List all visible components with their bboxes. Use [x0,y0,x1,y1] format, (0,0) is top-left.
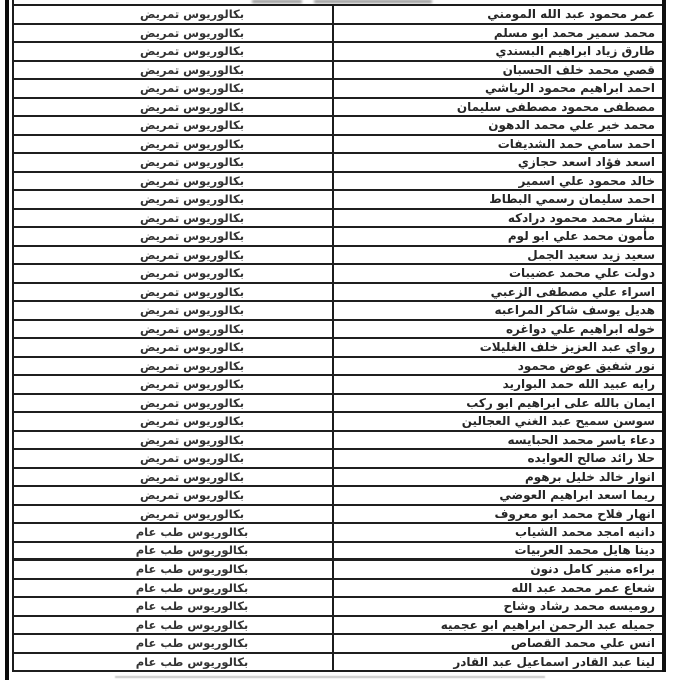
table-row: بكالوريوس طب عام لينا عبد القادر اسماعيل… [14,654,662,673]
applicant-name-text: قصي محمد خلف الحسبان [503,63,655,77]
table-row: بكالوريوس تمريض دعاء ياسر محمد الحبايسه [14,432,662,451]
table-row: بكالوريوس تمريض دولت علي محمد عضيبات [14,265,662,284]
qualification-cell: بكالوريوس تمريض [14,413,332,430]
qualification-cell: بكالوريوس تمريض [14,376,332,393]
name-cell: ايمان بالله على ابراهيم ابو ركب [332,395,662,412]
name-cell: دعاء ياسر محمد الحبايسه [332,432,662,449]
qualification-text: بكالوريوس تمريض [140,470,244,484]
qualification-cell: بكالوريوس تمريض [14,173,332,190]
name-cell: روميسه محمد رشاد وشاح [332,598,662,615]
name-cell: مأمون محمد علي ابو لوم [332,228,662,245]
table-row: بكالوريوس تمريض بشار محمد محمود درادكه [14,210,662,229]
name-cell: احمد سامي حمد الشديفات [332,136,662,153]
name-cell: هديل يوسف شاكر المراعبه [332,302,662,319]
qualification-cell: بكالوريوس تمريض [14,43,332,60]
name-cell: ريما اسعد ابراهيم العوضي [332,487,662,504]
applicant-name-text: نور شفيق عوض محمود [518,359,655,373]
table-row: بكالوريوس تمريض خوله ابراهيم علي دواغره [14,321,662,340]
name-cell: احمد سليمان رسمي البطاط [332,191,662,208]
applicant-name-text: احمد ابراهيم محمود الرياشي [485,81,655,95]
applicant-name-text: انس علي محمد القصاص [511,636,655,650]
name-cell: دولت علي محمد عضيبات [332,265,662,282]
qualification-cell: بكالوريوس تمريض [14,358,332,375]
table-body: بكالوريوس تمريض عمر محمود عبد الله الموم… [14,6,662,672]
applicant-name-text: براءه منير كامل دنون [530,562,655,576]
applicant-name-text: ايمان بالله على ابراهيم ابو ركب [466,396,655,410]
qualification-cell: بكالوريوس تمريض [14,432,332,449]
qualification-text: بكالوريوس تمريض [140,322,244,336]
applicant-name-text: رواي عبد العزيز خلف الغليلات [480,340,655,354]
qualification-text: بكالوريوس طب عام [136,562,248,576]
table-row: بكالوريوس تمريض عمر محمود عبد الله الموم… [14,6,662,25]
qualification-cell: بكالوريوس تمريض [14,117,332,134]
qualification-cell: بكالوريوس تمريض [14,80,332,97]
qualification-text: بكالوريوس تمريض [140,377,244,391]
qualification-cell: بكالوريوس تمريض [14,395,332,412]
qualification-cell: بكالوريوس تمريض [14,469,332,486]
table-row: بكالوريوس تمريض سوسن سميح عبد الغني العج… [14,413,662,432]
name-cell: مصطفى محمود مصطفى سليمان [332,99,662,116]
name-cell: دينا هايل محمد العربيات [332,543,662,559]
table-row: بكالوريوس تمريض هديل يوسف شاكر المراعبه [14,302,662,321]
name-cell: لينا عبد القادر اسماعيل عبد القادر [332,654,662,671]
table-row: بكالوريوس تمريض رايه عبيد الله حمد البوا… [14,376,662,395]
qualification-cell: بكالوريوس طب عام [14,635,332,652]
qualification-cell: بكالوريوس تمريض [14,506,332,523]
qualification-cell: بكالوريوس تمريض [14,228,332,245]
qualification-text: بكالوريوس تمريض [140,81,244,95]
table-row: بكالوريوس تمريض انهار فلاح محمد ابو معرو… [14,506,662,525]
table-row: بكالوريوس طب عام انس علي محمد القصاص [14,635,662,654]
qualification-text: بكالوريوس تمريض [140,100,244,114]
qualification-text: بكالوريوس تمريض [140,396,244,410]
qualification-cell: بكالوريوس تمريض [14,450,332,467]
table-row: بكالوريوس طب عام دينا هايل محمد العربيات [14,543,662,562]
applicant-name-text: اسعد فؤاد اسعد حجازي [518,155,655,169]
applicant-name-text: بشار محمد محمود درادكه [508,211,655,225]
name-cell: محمد سمير محمد ابو مسلم [332,25,662,42]
table-row: بكالوريوس تمريض احمد سليمان رسمي البطاط [14,191,662,210]
qualification-cell: بكالوريوس طب عام [14,543,332,559]
table-row: بكالوريوس تمريض قصي محمد خلف الحسبان [14,62,662,81]
table-row: بكالوريوس تمريض محمد خير علي محمد الدهون [14,117,662,136]
table-row: بكالوريوس تمريض اسراء علي مصطفى الزعبي [14,284,662,303]
name-cell: سعيد زيد سعيد الجمل [332,247,662,264]
applicant-name-text: عمر محمود عبد الله المومني [487,7,655,21]
name-cell: رواي عبد العزيز خلف الغليلات [332,339,662,356]
qualification-cell: بكالوريوس تمريض [14,6,332,23]
table-row: بكالوريوس تمريض مصطفى محمود مصطفى سليمان [14,99,662,118]
qualification-cell: بكالوريوس طب عام [14,524,332,541]
qualification-text: بكالوريوس تمريض [140,192,244,206]
qualification-text: بكالوريوس طب عام [136,543,248,557]
name-cell: خالد محمود علي اسمير [332,173,662,190]
name-cell: انوار خالد خليل برهوم [332,469,662,486]
qualification-text: بكالوريوس طب عام [136,525,248,539]
table-row: بكالوريوس تمريض مأمون محمد علي ابو لوم [14,228,662,247]
qualification-text: بكالوريوس تمريض [140,248,244,262]
qualification-text: بكالوريوس تمريض [140,118,244,132]
name-cell: خوله ابراهيم علي دواغره [332,321,662,338]
name-cell: بشار محمد محمود درادكه [332,210,662,227]
table-row: بكالوريوس تمريض نور شفيق عوض محمود [14,358,662,377]
name-cell: دانيه امجد محمد الشياب [332,524,662,541]
name-cell: انس علي محمد القصاص [332,635,662,652]
applicant-name-text: لينا عبد القادر اسماعيل عبد القادر [453,655,655,669]
qualification-cell: بكالوريوس تمريض [14,136,332,153]
applicant-name-text: احمد سامي حمد الشديفات [498,137,655,151]
applicant-name-text: مصطفى محمود مصطفى سليمان [457,100,655,114]
qualification-cell: بكالوريوس تمريض [14,302,332,319]
applicant-name-text: دولت علي محمد عضيبات [509,266,655,280]
qualification-text: بكالوريوس تمريض [140,359,244,373]
table-row: بكالوريوس تمريض حلا رائد صالح العوايده [14,450,662,469]
applicant-name-text: مأمون محمد علي ابو لوم [508,229,655,243]
qualification-cell: بكالوريوس تمريض [14,191,332,208]
name-cell: عمر محمود عبد الله المومني [332,6,662,23]
qualification-text: بكالوريوس تمريض [140,137,244,151]
qualification-text: بكالوريوس تمريض [140,63,244,77]
table-row: بكالوريوس تمريض سعيد زيد سعيد الجمل [14,247,662,266]
qualification-cell: بكالوريوس طب عام [14,598,332,615]
qualification-cell: بكالوريوس تمريض [14,487,332,504]
table-row: بكالوريوس تمريض محمد سمير محمد ابو مسلم [14,25,662,44]
qualification-cell: بكالوريوس تمريض [14,321,332,338]
applicant-name-text: ريما اسعد ابراهيم العوضي [499,488,655,502]
name-cell: براءه منير كامل دنون [332,561,662,578]
table-row: بكالوريوس تمريض اسعد فؤاد اسعد حجازي [14,154,662,173]
applicant-name-text: سعيد زيد سعيد الجمل [527,248,655,262]
name-cell: نور شفيق عوض محمود [332,358,662,375]
qualification-text: بكالوريوس تمريض [140,211,244,225]
applicant-name-text: انهار فلاح محمد ابو معروف [494,507,655,521]
applicant-name-text: احمد سليمان رسمي البطاط [489,192,655,206]
qualification-text: بكالوريوس تمريض [140,44,244,58]
qualification-text: بكالوريوس تمريض [140,285,244,299]
qualification-cell: بكالوريوس تمريض [14,25,332,42]
name-cell: اسراء علي مصطفى الزعبي [332,284,662,301]
qualification-text: بكالوريوس تمريض [140,266,244,280]
cropped-text-fragment [252,0,302,3]
applicant-name-text: انوار خالد خليل برهوم [525,470,655,484]
applicant-name-text: دينا هايل محمد العربيات [514,543,655,557]
qualification-cell: بكالوريوس تمريض [14,99,332,116]
qualification-text: بكالوريوس تمريض [140,229,244,243]
cropped-bottom-row-edge [115,676,545,678]
name-cell: محمد خير علي محمد الدهون [332,117,662,134]
qualification-text: بكالوريوس طب عام [136,655,248,669]
name-cell: انهار فلاح محمد ابو معروف [332,506,662,523]
document-page: بكالوريوس تمريض عمر محمود عبد الله الموم… [0,0,674,680]
qualification-text: بكالوريوس تمريض [140,174,244,188]
table-row: بكالوريوس طب عام شعاع عمر محمد عبد الله [14,580,662,599]
qualification-text: بكالوريوس تمريض [140,155,244,169]
qualification-text: بكالوريوس تمريض [140,451,244,465]
applicant-name-text: رايه عبيد الله حمد البواريد [503,377,655,391]
applicant-name-text: جميله عبد الرحمن ابراهيم ابو عجميه [441,618,655,632]
qualification-cell: بكالوريوس تمريض [14,247,332,264]
applicant-name-text: خوله ابراهيم علي دواغره [506,322,655,336]
qualification-cell: بكالوريوس طب عام [14,580,332,597]
qualification-text: بكالوريوس تمريض [140,303,244,317]
qualification-text: بكالوريوس طب عام [136,618,248,632]
table-row: بكالوريوس تمريض ايمان بالله على ابراهيم … [14,395,662,414]
qualification-text: بكالوريوس طب عام [136,599,248,613]
applicant-name-text: هديل يوسف شاكر المراعبه [495,303,656,317]
qualification-text: بكالوريوس تمريض [140,26,244,40]
qualification-cell: بكالوريوس تمريض [14,154,332,171]
applicant-name-text: محمد خير علي محمد الدهون [488,118,655,132]
qualification-cell: بكالوريوس طب عام [14,654,332,671]
table-row: بكالوريوس طب عام دانيه امجد محمد الشياب [14,524,662,543]
name-cell: سوسن سميح عبد الغني العجالين [332,413,662,430]
qualification-text: بكالوريوس تمريض [140,507,244,521]
applicants-table: بكالوريوس تمريض عمر محمود عبد الله الموم… [12,0,666,672]
table-row: بكالوريوس تمريض ريما اسعد ابراهيم العوضي [14,487,662,506]
qualification-text: بكالوريوس طب عام [136,581,248,595]
qualification-text: بكالوريوس طب عام [136,636,248,650]
applicant-name-text: شعاع عمر محمد عبد الله [511,581,655,595]
table-row: بكالوريوس تمريض انوار خالد خليل برهوم [14,469,662,488]
table-row: بكالوريوس طب عام براءه منير كامل دنون [14,561,662,580]
table-row: بكالوريوس تمريض احمد سامي حمد الشديفات [14,136,662,155]
applicant-name-text: دانيه امجد محمد الشياب [515,525,655,539]
qualification-text: بكالوريوس تمريض [140,7,244,21]
name-cell: اسعد فؤاد اسعد حجازي [332,154,662,171]
applicant-name-text: حلا رائد صالح العوايده [527,451,655,465]
qualification-text: بكالوريوس تمريض [140,414,244,428]
qualification-cell: بكالوريوس تمريض [14,284,332,301]
page-left-edge-bar [5,0,9,680]
name-cell: رايه عبيد الله حمد البواريد [332,376,662,393]
table-row: بكالوريوس تمريض طارق زياد ابراهيم البسند… [14,43,662,62]
qualification-text: بكالوريوس تمريض [140,340,244,354]
name-cell: جميله عبد الرحمن ابراهيم ابو عجميه [332,617,662,634]
qualification-cell: بكالوريوس طب عام [14,561,332,578]
applicant-name-text: دعاء ياسر محمد الحبايسه [507,433,655,447]
qualification-cell: بكالوريوس تمريض [14,210,332,227]
name-cell: قصي محمد خلف الحسبان [332,62,662,79]
applicant-name-text: اسراء علي مصطفى الزعبي [491,285,655,299]
qualification-text: بكالوريوس تمريض [140,488,244,502]
applicant-name-text: روميسه محمد رشاد وشاح [503,599,655,613]
table-row: بكالوريوس تمريض خالد محمود علي اسمير [14,173,662,192]
cropped-text-fragment [314,0,432,3]
qualification-cell: بكالوريوس تمريض [14,62,332,79]
name-cell: احمد ابراهيم محمود الرياشي [332,80,662,97]
name-cell: شعاع عمر محمد عبد الله [332,580,662,597]
qualification-cell: بكالوريوس طب عام [14,617,332,634]
name-cell: طارق زياد ابراهيم البسندي [332,43,662,60]
cropped-top-row [14,0,662,6]
applicant-name-text: سوسن سميح عبد الغني العجالين [462,414,655,428]
table-row: بكالوريوس طب عام جميله عبد الرحمن ابراهي… [14,617,662,636]
table-row: بكالوريوس طب عام روميسه محمد رشاد وشاح [14,598,662,617]
applicant-name-text: محمد سمير محمد ابو مسلم [494,26,655,40]
applicant-name-text: طارق زياد ابراهيم البسندي [496,44,655,58]
applicant-name-text: خالد محمود علي اسمير [519,174,656,188]
table-row: بكالوريوس تمريض احمد ابراهيم محمود الريا… [14,80,662,99]
name-cell: حلا رائد صالح العوايده [332,450,662,467]
table-row: بكالوريوس تمريض رواي عبد العزيز خلف الغل… [14,339,662,358]
qualification-cell: بكالوريوس تمريض [14,339,332,356]
qualification-cell: بكالوريوس تمريض [14,265,332,282]
qualification-text: بكالوريوس تمريض [140,433,244,447]
